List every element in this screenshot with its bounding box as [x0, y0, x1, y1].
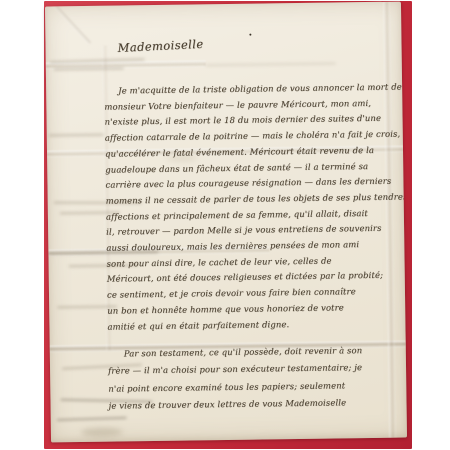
ghost-showthrough-line [54, 67, 124, 70]
letter-paragraph-1: Je m'acquitte de la triste obligation de… [104, 80, 403, 335]
ghost-showthrough-line [57, 417, 127, 421]
ghost-showthrough-line [49, 134, 104, 137]
ghost-showthrough-line [50, 58, 145, 63]
letter-line: je viens de trouver deux lettres de vous… [108, 394, 404, 416]
corner-fold-crease [45, 2, 91, 45]
ghost-showthrough-line [206, 62, 336, 66]
letter-line: amitié et qui en était parfaitement dign… [107, 315, 403, 335]
photo-frame: Mademoiselle Je m'acquitte de la triste … [0, 0, 450, 450]
ink-dot [249, 34, 251, 36]
ghost-smudge [81, 427, 123, 437]
letter-salutation: Mademoiselle [117, 37, 204, 55]
letter-paragraph-2: Par son testament, ce qu'il possède, doi… [108, 342, 405, 416]
letter-paper: Mademoiselle Je m'acquitte de la triste … [45, 2, 407, 443]
